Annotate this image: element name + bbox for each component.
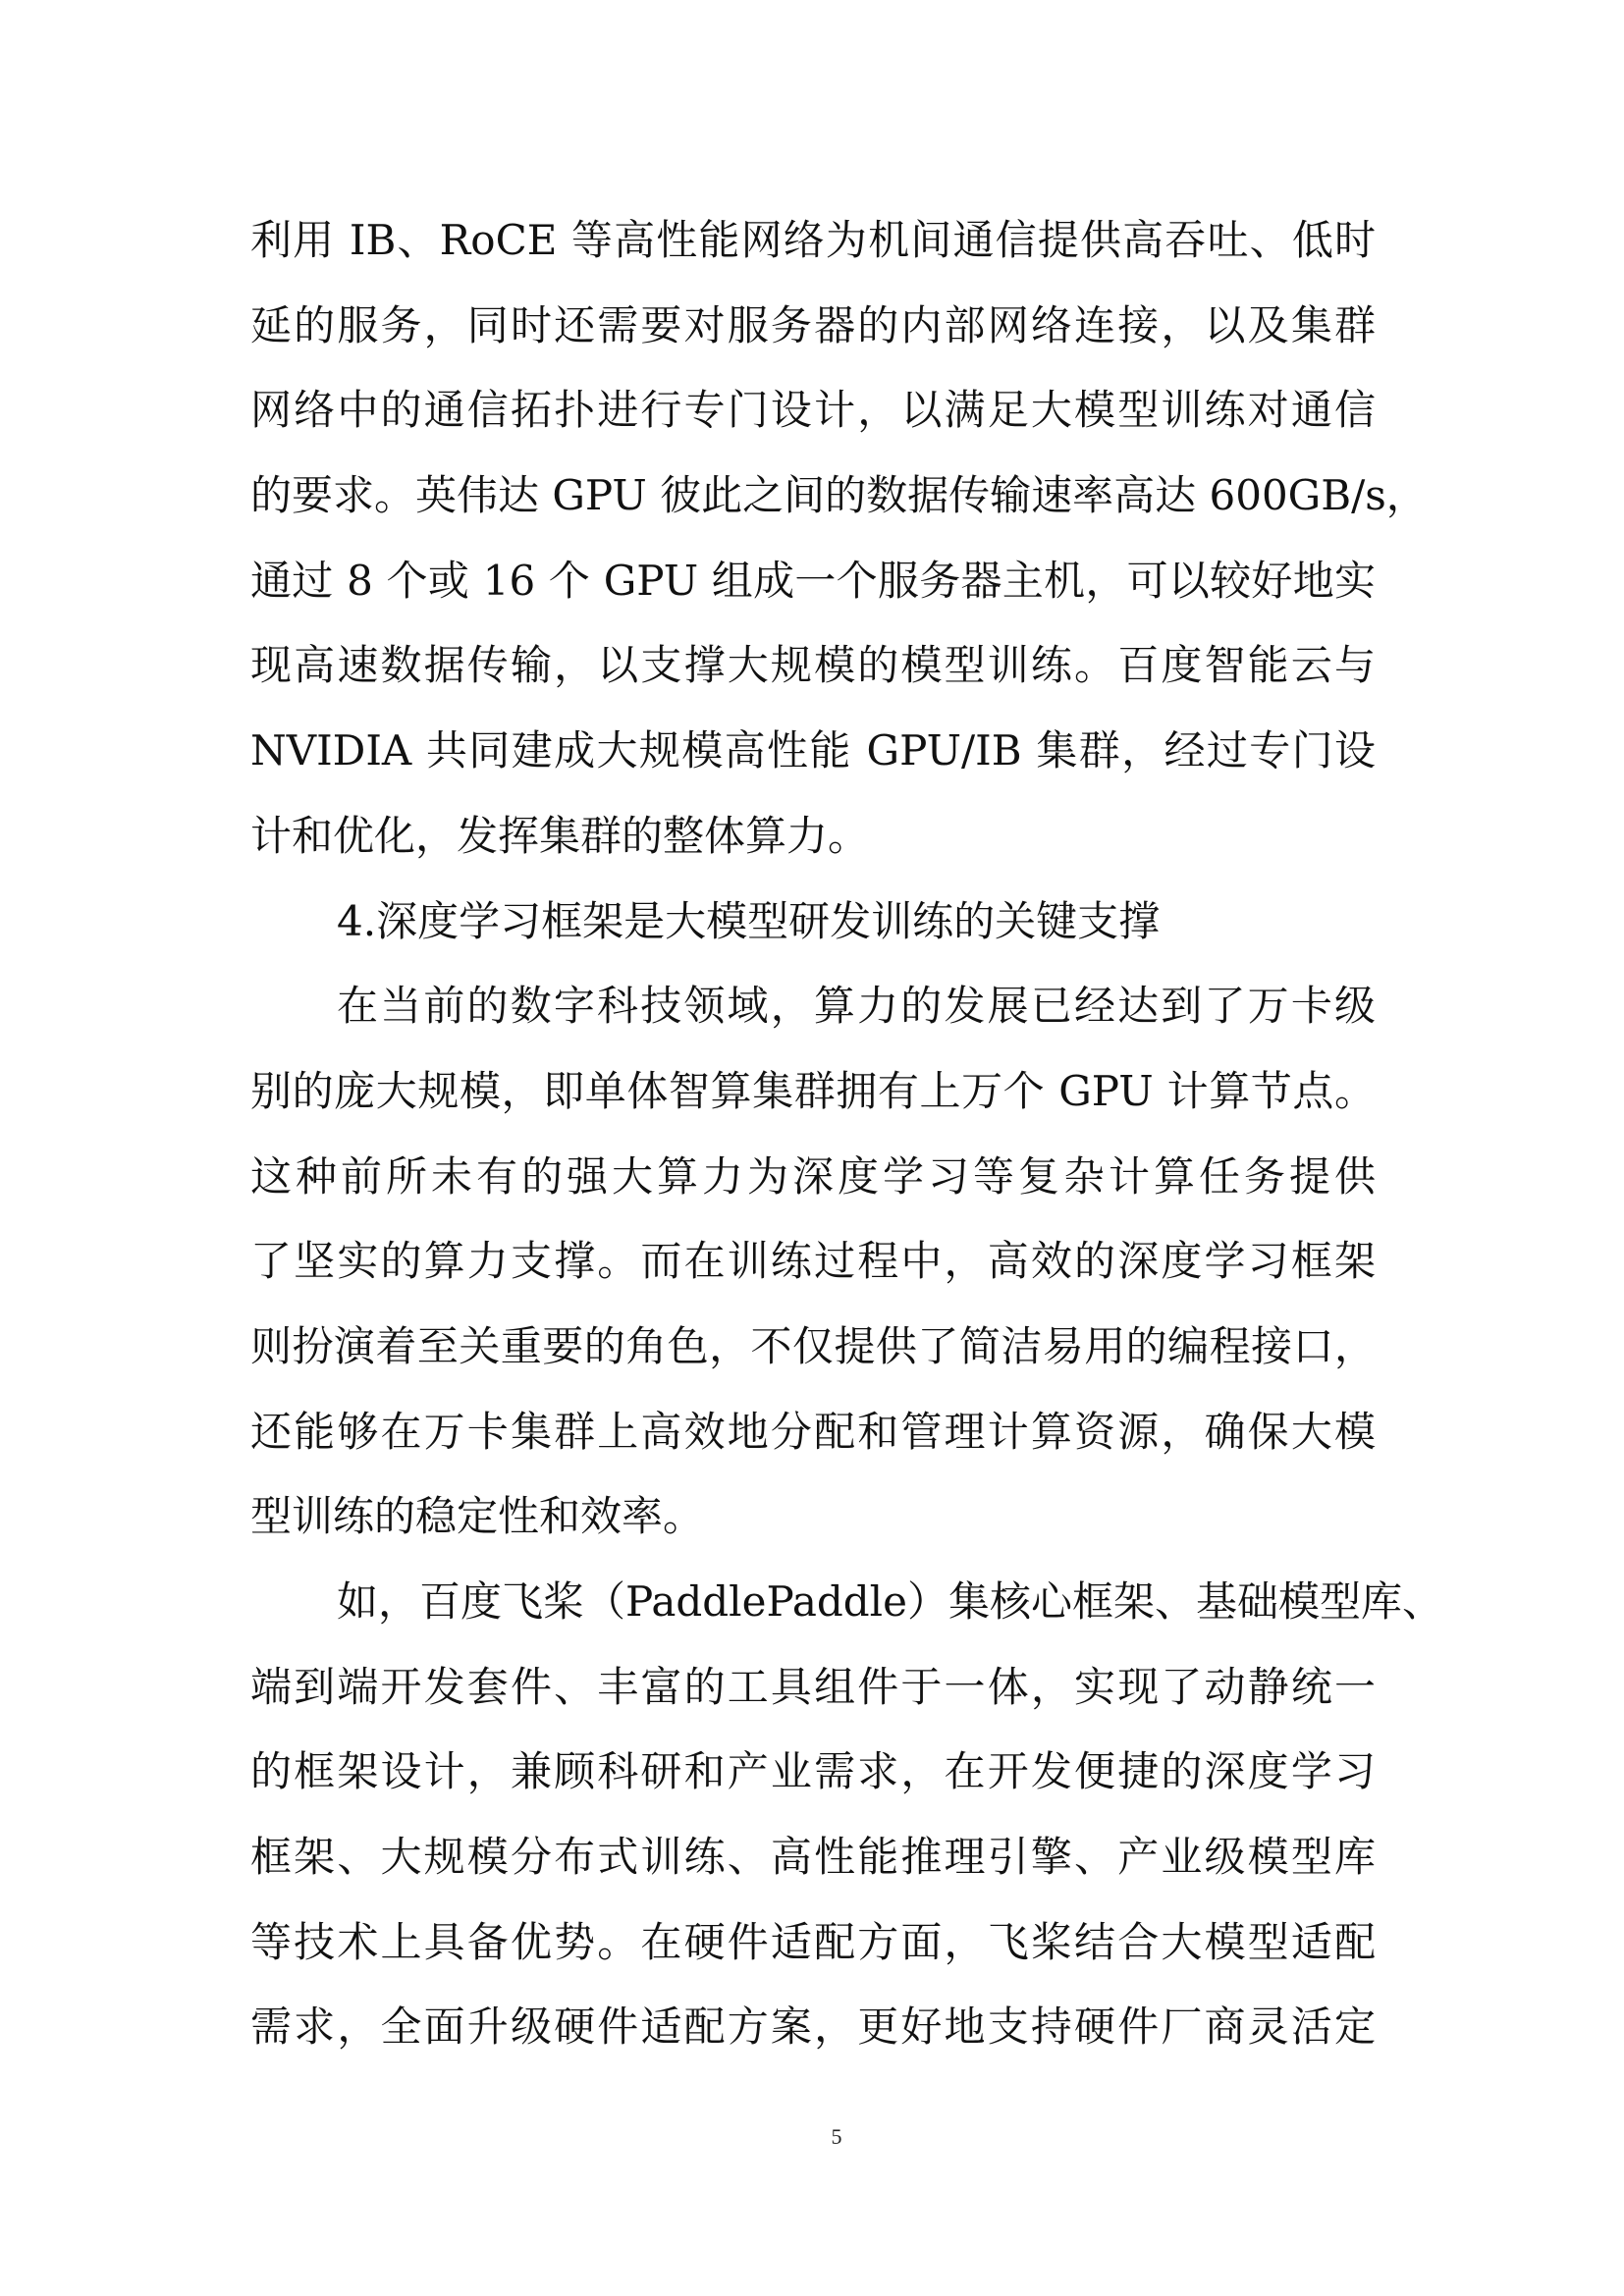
section-heading-text: 4.深度学习框架是大模型研发训练的关键支撑 — [250, 889, 1376, 975]
paragraph-paddlepaddle: 如，百度飞桨（PaddlePaddle）集核心框架、基础模型库、 端到端开发套件… — [250, 1570, 1376, 2080]
text-line: 如，百度飞桨（PaddlePaddle）集核心框架、基础模型库、 — [250, 1570, 1376, 1655]
text-line: 利用 IB、RoCE 等高性能网络为机间通信提供高吞吐、低时 — [250, 208, 1376, 294]
text-line: 还能够在万卡集群上高效地分配和管理计算资源，确保大模 — [250, 1400, 1376, 1485]
text-line: 的要求。英伟达 GPU 彼此之间的数据传输速率高达 600GB/s， — [250, 463, 1376, 549]
paragraph-framework: 在当前的数字科技领域，算力的发展已经达到了万卡级 别的庞大规模，即单体智算集群拥… — [250, 974, 1376, 1570]
text-line: 别的庞大规模，即单体智算集群拥有上万个 GPU 计算节点。 — [250, 1059, 1376, 1145]
text-line: 等技术上具备优势。在硬件适配方面，飞桨结合大模型适配 — [250, 1910, 1376, 1996]
text-line: 计和优化，发挥集群的整体算力。 — [250, 804, 1376, 889]
section-heading: 4.深度学习框架是大模型研发训练的关键支撑 — [250, 889, 1376, 975]
text-line: 在当前的数字科技领域，算力的发展已经达到了万卡级 — [250, 974, 1376, 1059]
text-line: 型训练的稳定性和效率。 — [250, 1484, 1376, 1570]
text-line: 了坚实的算力支撑。而在训练过程中，高效的深度学习框架 — [250, 1229, 1376, 1314]
text-line: 端到端开发套件、丰富的工具组件于一体，实现了动静统一 — [250, 1655, 1376, 1740]
paragraph-network: 利用 IB、RoCE 等高性能网络为机间通信提供高吞吐、低时 延的服务，同时还需… — [250, 208, 1376, 889]
text-line: 需求，全面升级硬件适配方案，更好地支持硬件厂商灵活定 — [250, 1995, 1376, 2080]
text-line: NVIDIA 共同建成大规模高性能 GPU/IB 集群，经过专门设 — [250, 719, 1376, 804]
text-line: 的框架设计，兼顾科研和产业需求，在开发便捷的深度学习 — [250, 1739, 1376, 1825]
text-line: 延的服务，同时还需要对服务器的内部网络连接，以及集群 — [250, 294, 1376, 379]
text-line: 现高速数据传输，以支撑大规模的模型训练。百度智能云与 — [250, 633, 1376, 719]
text-line: 这种前所未有的强大算力为深度学习等复杂计算任务提供 — [250, 1145, 1376, 1230]
page-number: 5 — [0, 2124, 1624, 2150]
text-line: 通过 8 个或 16 个 GPU 组成一个服务器主机，可以较好地实 — [250, 549, 1376, 634]
body-text: 利用 IB、RoCE 等高性能网络为机间通信提供高吞吐、低时 延的服务，同时还需… — [250, 208, 1376, 2080]
text-line: 则扮演着至关重要的角色，不仅提供了简洁易用的编程接口， — [250, 1314, 1376, 1400]
document-page: 利用 IB、RoCE 等高性能网络为机间通信提供高吞吐、低时 延的服务，同时还需… — [0, 0, 1624, 2296]
text-line: 网络中的通信拓扑进行专门设计，以满足大模型训练对通信 — [250, 378, 1376, 463]
text-line: 框架、大规模分布式训练、高性能推理引擎、产业级模型库 — [250, 1825, 1376, 1910]
